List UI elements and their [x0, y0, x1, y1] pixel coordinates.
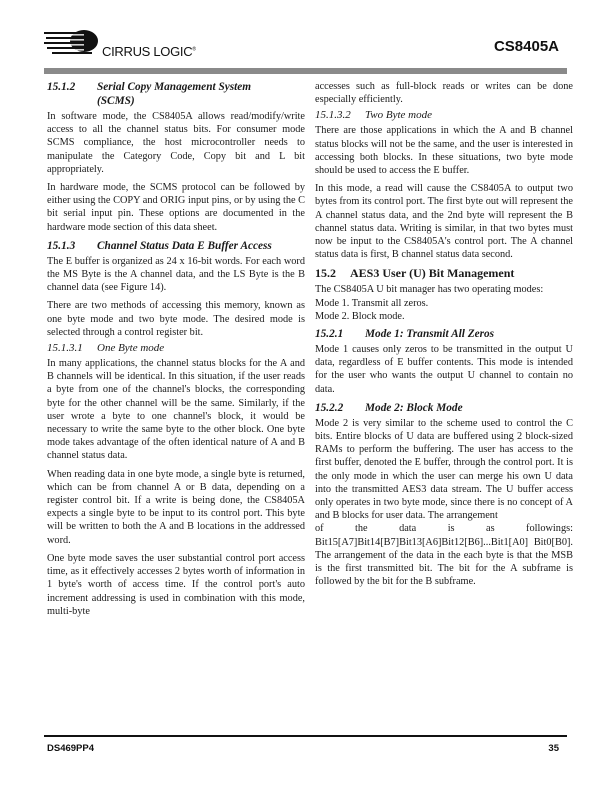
cirrus-logo-swoosh-icon [44, 29, 104, 59]
paragraph: accesses such as full-block reads or wri… [315, 80, 573, 106]
paragraph: The CS8405A U bit manager has two operat… [315, 283, 573, 323]
heading-15-2: 15.2AES3 User (U) Bit Management [315, 266, 573, 281]
right-column: accesses such as full-block reads or wri… [315, 80, 573, 594]
footer-rule [44, 735, 567, 737]
paragraph: In software mode, the CS8405A allows rea… [47, 110, 305, 176]
justified-line: ofthedataisasfollowings: [315, 522, 573, 535]
paragraph: Mode 2 is very similar to the scheme use… [315, 417, 573, 589]
paragraph: The E buffer is organized as 24 x 16-bit… [47, 255, 305, 295]
footer-doc-code: DS469PP4 [47, 743, 94, 754]
paragraph: In many applications, the channel status… [47, 357, 305, 463]
paragraph: There are those applications in which th… [315, 124, 573, 177]
page-number: 35 [548, 743, 559, 754]
document-id: CS8405A [494, 38, 559, 55]
logo-wordmark: CIRRUS LOGIC® [102, 44, 196, 59]
paragraph: In this mode, a read will cause the CS84… [315, 182, 573, 261]
heading-15-1-3-2: 15.1.3.2Two Byte mode [315, 108, 573, 122]
paragraph: One byte mode saves the user substantial… [47, 552, 305, 618]
paragraph: When reading data in one byte mode, a si… [47, 468, 305, 547]
heading-15-1-3: 15.1.3Channel Status Data E Buffer Acces… [47, 239, 305, 253]
left-column: 15.1.2Serial Copy Management System(SCMS… [47, 80, 305, 623]
heading-15-1-3-1: 15.1.3.1One Byte mode [47, 341, 305, 355]
paragraph: There are two methods of accessing this … [47, 299, 305, 339]
mode-2-line: Mode 2. Block mode. [315, 310, 573, 323]
cirrus-logic-logo: CIRRUS LOGIC® [44, 29, 204, 59]
paragraph: In hardware mode, the SCMS protocol can … [47, 181, 305, 234]
heading-15-2-2: 15.2.2Mode 2: Block Mode [315, 401, 573, 415]
heading-15-2-1: 15.2.1Mode 1: Transmit All Zeros [315, 327, 573, 341]
mode-1-line: Mode 1. Transmit all zeros. [315, 297, 573, 310]
heading-15-1-2: 15.1.2Serial Copy Management System(SCMS… [47, 80, 305, 108]
paragraph: Mode 1 causes only zeros to be transmitt… [315, 343, 573, 396]
header-rule [44, 68, 567, 74]
